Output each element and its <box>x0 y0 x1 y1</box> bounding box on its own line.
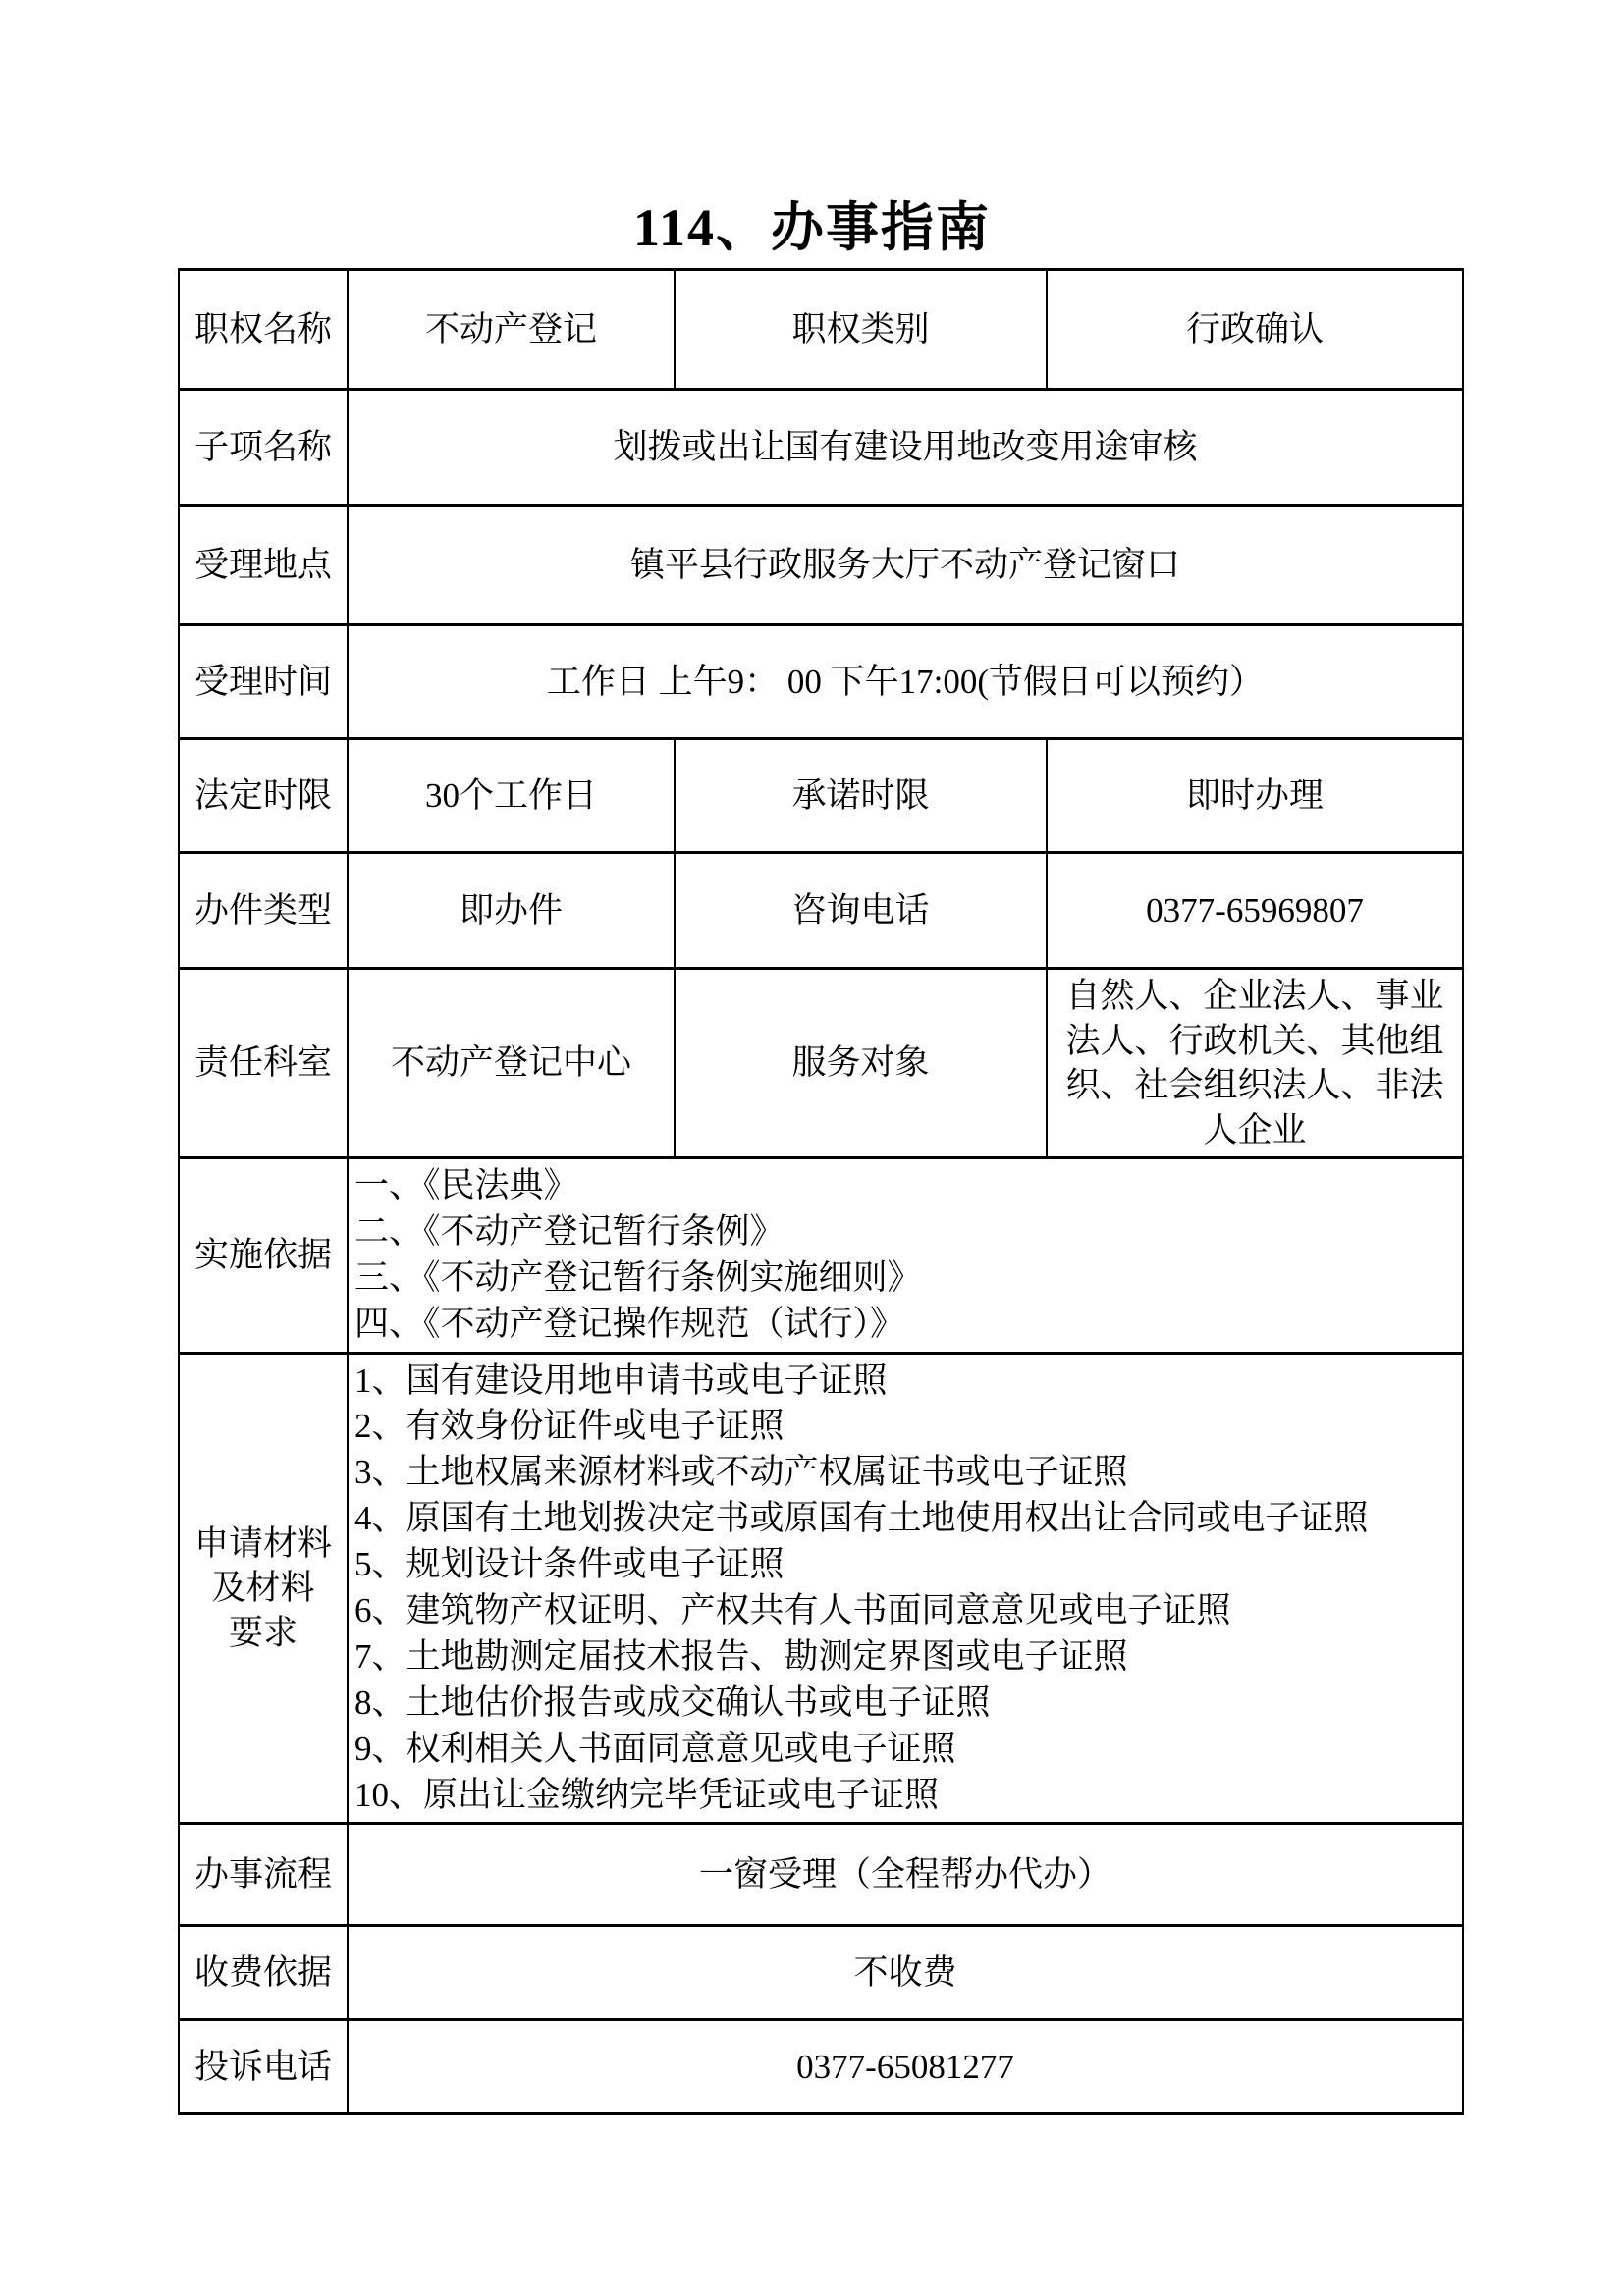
row-authority-name: 职权名称 不动产登记 职权类别 行政确认 <box>179 270 1463 390</box>
row-responsible-office: 责任科室 不动产登记中心 服务对象 自然人、企业法人、事业法人、行政机关、其他组… <box>179 969 1463 1158</box>
legal-basis-item: 二、《不动产登记暂行条例》 <box>354 1209 1456 1255</box>
legal-basis-item: 三、《不动产登记暂行条例实施细则》 <box>354 1255 1456 1302</box>
materials-list: 1、国有建设用地申请书或电子证照 2、有效身份证件或电子证照 3、土地权属来源材… <box>348 1353 1463 1824</box>
responsible-office-label: 责任科室 <box>179 969 348 1158</box>
processing-type-value: 即办件 <box>348 853 675 969</box>
fee-basis-value: 不收费 <box>348 1926 1463 2020</box>
row-fee-basis: 收费依据 不收费 <box>179 1926 1463 2020</box>
row-acceptance-time: 受理时间 工作日 上午9： 00 下午17:00(节假日可以预约） <box>179 625 1463 739</box>
acceptance-time-label: 受理时间 <box>179 625 348 739</box>
material-item: 9、权利相关人书面同意意见或电子证照 <box>354 1727 1456 1773</box>
legal-basis-item: 一、《民法典》 <box>354 1163 1456 1209</box>
complaint-phone-value: 0377-65081277 <box>348 2020 1463 2114</box>
acceptance-time-value: 工作日 上午9： 00 下午17:00(节假日可以预约） <box>348 625 1463 739</box>
material-item: 2、有效身份证件或电子证照 <box>354 1404 1456 1450</box>
authority-name-value: 不动产登记 <box>348 270 675 390</box>
authority-category-label: 职权类别 <box>675 270 1047 390</box>
acceptance-place-label: 受理地点 <box>179 506 348 625</box>
consult-phone-label: 咨询电话 <box>675 853 1047 969</box>
material-item: 5、规划设计条件或电子证照 <box>354 1542 1456 1588</box>
process-label: 办事流程 <box>179 1824 348 1926</box>
processing-type-label: 办件类型 <box>179 853 348 969</box>
service-target-value: 自然人、企业法人、事业法人、行政机关、其他组织、社会组织法人、非法人企业 <box>1047 969 1463 1158</box>
fee-basis-label: 收费依据 <box>179 1926 348 2020</box>
consult-phone-value: 0377-65969807 <box>1047 853 1463 969</box>
row-acceptance-place: 受理地点 镇平县行政服务大厅不动产登记窗口 <box>179 506 1463 625</box>
document-page: 114、办事指南 职权名称 不动产登记 职权类别 行政确认 子项名称 划拨或出让… <box>0 0 1624 2296</box>
service-guide-table: 职权名称 不动产登记 职权类别 行政确认 子项名称 划拨或出让国有建设用地改变用… <box>178 268 1464 2115</box>
legal-time-limit-value: 30个工作日 <box>348 739 675 853</box>
promised-time-limit-label: 承诺时限 <box>675 739 1047 853</box>
material-item: 1、国有建设用地申请书或电子证照 <box>354 1359 1456 1405</box>
row-processing-type: 办件类型 即办件 咨询电话 0377-65969807 <box>179 853 1463 969</box>
legal-basis-item: 四、《不动产登记操作规范（试行）》 <box>354 1302 1456 1348</box>
process-value: 一窗受理（全程帮办代办） <box>348 1824 1463 1926</box>
implementation-basis-label: 实施依据 <box>179 1158 348 1354</box>
subitem-name-label: 子项名称 <box>179 390 348 506</box>
material-item: 7、土地勘测定届技术报告、勘测定界图或电子证照 <box>354 1634 1456 1681</box>
material-item: 8、土地估价报告或成交确认书或电子证照 <box>354 1681 1456 1727</box>
subitem-name-value: 划拨或出让国有建设用地改变用途审核 <box>348 390 1463 506</box>
legal-time-limit-label: 法定时限 <box>179 739 348 853</box>
application-materials-label: 申请材料 及材料 要求 <box>179 1353 348 1824</box>
row-implementation-basis: 实施依据 一、《民法典》 二、《不动产登记暂行条例》 三、《不动产登记暂行条例实… <box>179 1158 1463 1354</box>
responsible-office-value: 不动产登记中心 <box>348 969 675 1158</box>
authority-name-label: 职权名称 <box>179 270 348 390</box>
material-item: 3、土地权属来源材料或不动产权属证书或电子证照 <box>354 1450 1456 1496</box>
row-legal-time-limit: 法定时限 30个工作日 承诺时限 即时办理 <box>179 739 1463 853</box>
authority-category-value: 行政确认 <box>1047 270 1463 390</box>
row-process: 办事流程 一窗受理（全程帮办代办） <box>179 1824 1463 1926</box>
material-item: 10、原出让金缴纳完毕凭证或电子证照 <box>354 1773 1456 1819</box>
row-complaint-phone: 投诉电话 0377-65081277 <box>179 2020 1463 2114</box>
legal-basis-list: 一、《民法典》 二、《不动产登记暂行条例》 三、《不动产登记暂行条例实施细则》 … <box>348 1158 1463 1354</box>
material-item: 6、建筑物产权证明、产权共有人书面同意意见或电子证照 <box>354 1588 1456 1634</box>
complaint-phone-label: 投诉电话 <box>179 2020 348 2114</box>
page-title: 114、办事指南 <box>0 201 1624 254</box>
acceptance-place-value: 镇平县行政服务大厅不动产登记窗口 <box>348 506 1463 625</box>
row-application-materials: 申请材料 及材料 要求 1、国有建设用地申请书或电子证照 2、有效身份证件或电子… <box>179 1353 1463 1824</box>
row-subitem-name: 子项名称 划拨或出让国有建设用地改变用途审核 <box>179 390 1463 506</box>
material-item: 4、原国有土地划拨决定书或原国有土地使用权出让合同或电子证照 <box>354 1496 1456 1542</box>
service-target-label: 服务对象 <box>675 969 1047 1158</box>
promised-time-limit-value: 即时办理 <box>1047 739 1463 853</box>
